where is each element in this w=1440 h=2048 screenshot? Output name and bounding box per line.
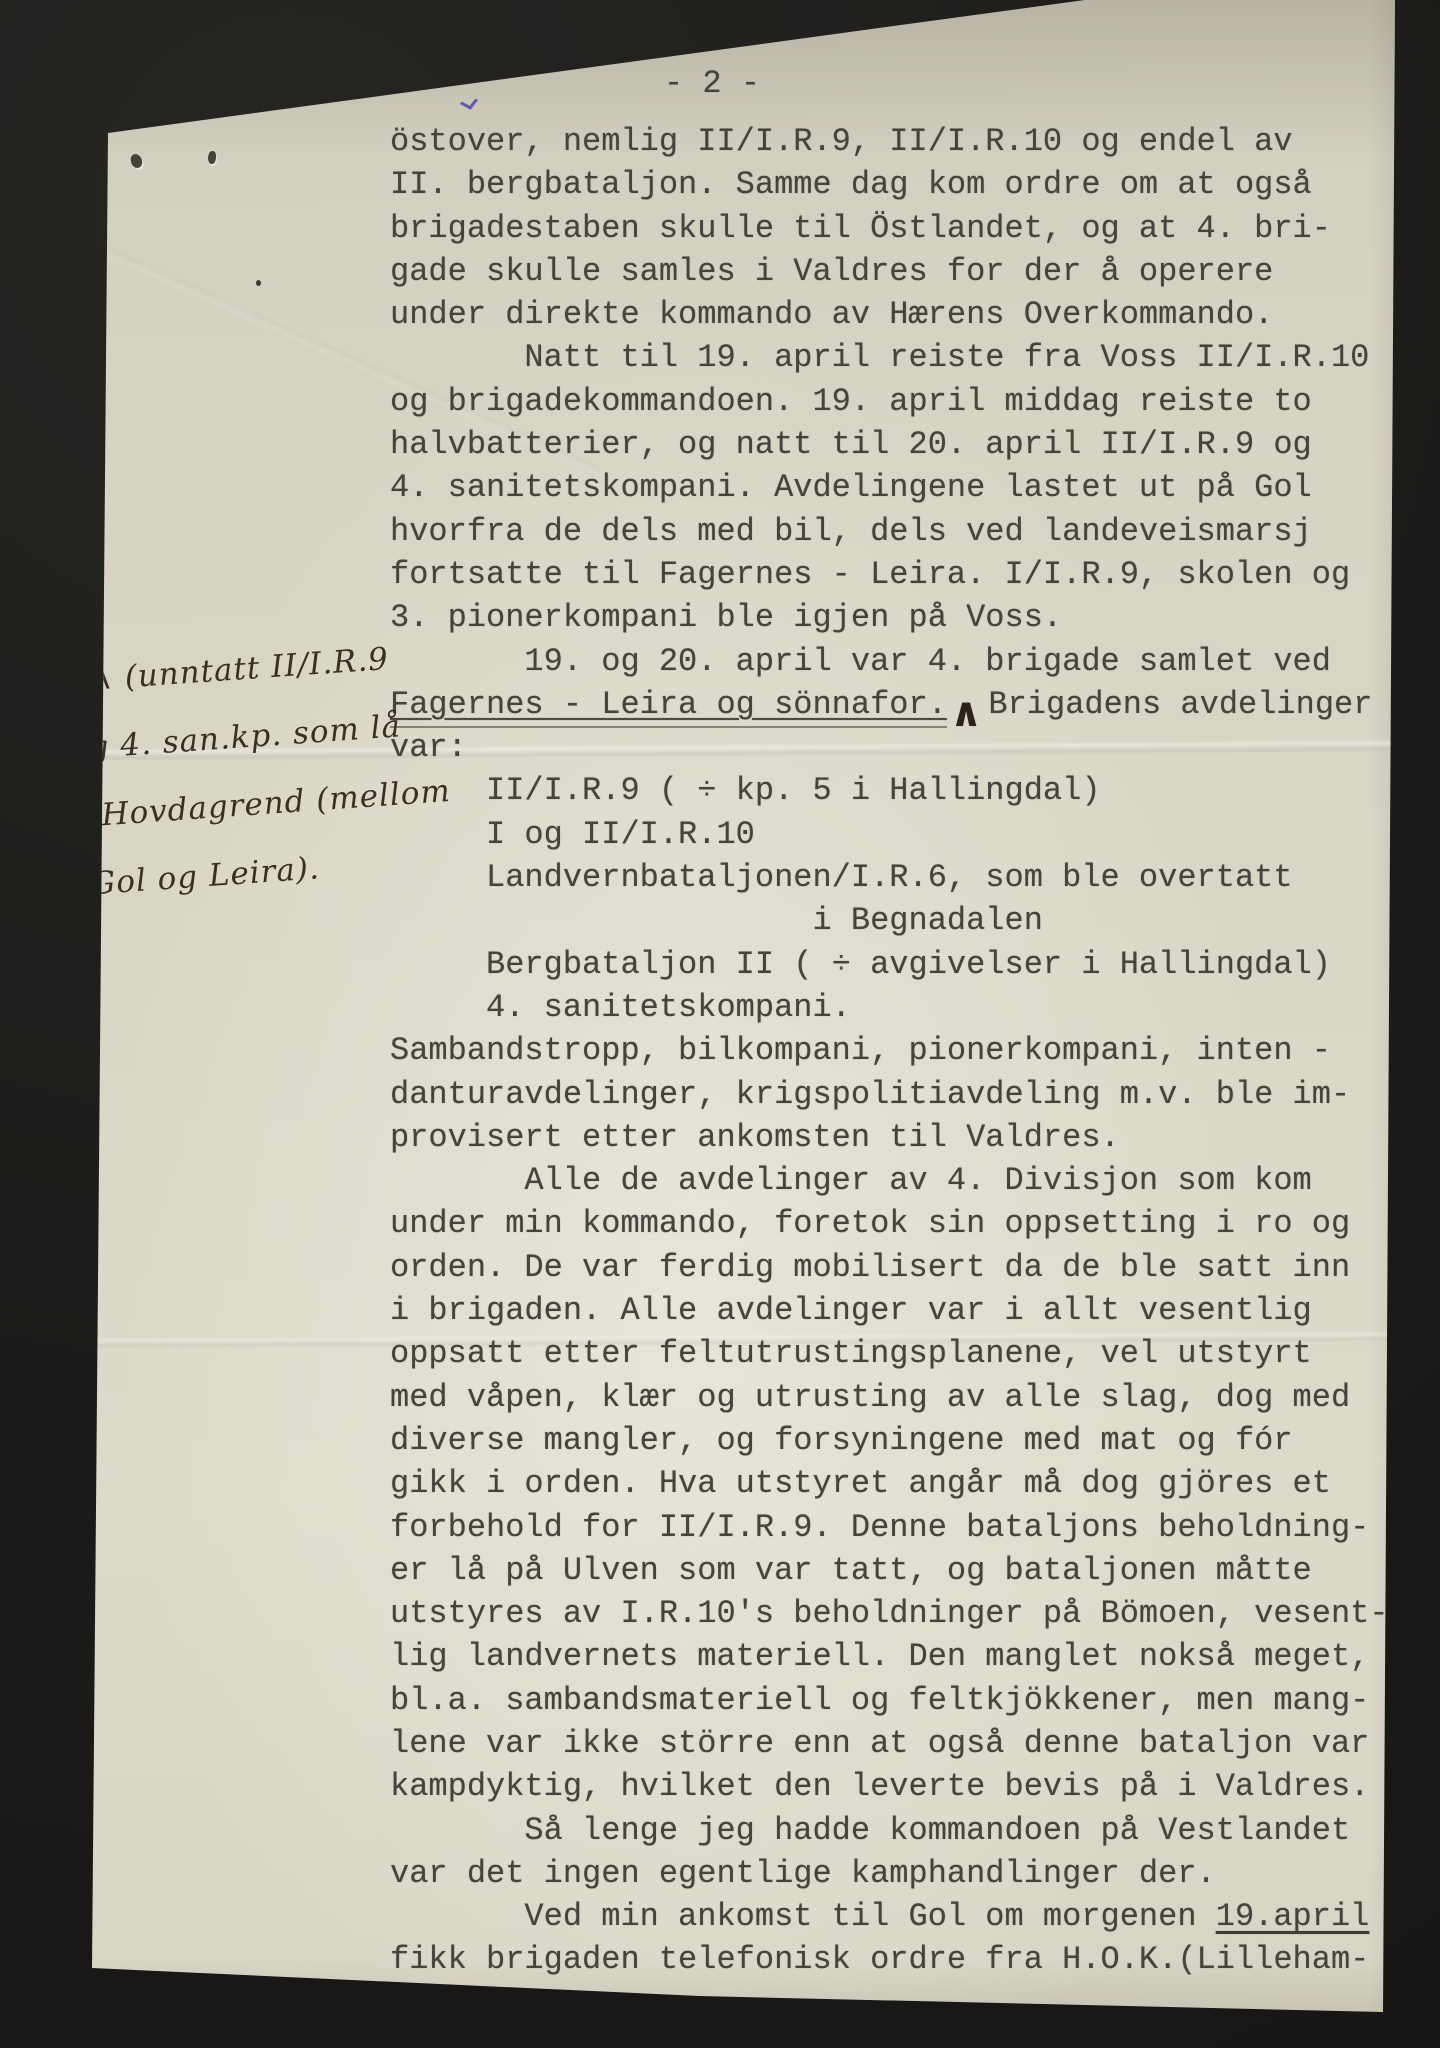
typed-line-plain: Ved min ankomst til Gol om morgenen [390, 1898, 1216, 1935]
blue-pen-mark [460, 94, 478, 109]
typed-line: diverse mangler, og forsyningene med mat… [390, 1419, 1400, 1462]
typed-line: 4. sanitetskompani. [390, 986, 1400, 1029]
staple-hole [130, 153, 144, 169]
typed-line: bl.a. sambandsmateriell og feltkjökkener… [390, 1679, 1400, 1722]
typed-line-rest: Brigadens avdelinger [988, 686, 1372, 723]
typed-line: 19. og 20. april var 4. brigade samlet v… [390, 640, 1400, 683]
typed-line: brigadestaben skulle til Östlandet, og a… [390, 207, 1400, 250]
typed-line: er lå på Ulven som var tatt, og bataljon… [390, 1549, 1400, 1592]
page-number: - 2 - [664, 64, 760, 104]
typed-line: Bergbataljon II ( ÷ avgivelser i Halling… [390, 943, 1400, 986]
typed-line: lig landvernets materiell. Den manglet n… [390, 1635, 1400, 1678]
typed-line: Så lenge jeg hadde kommandoen på Vestlan… [390, 1809, 1400, 1852]
underlined-passage: Fagernes - Leira og sönnafor. [390, 686, 947, 728]
underlined-date: 19.april [1216, 1898, 1370, 1935]
ink-dot [256, 280, 261, 286]
typed-line: Sambandstropp, bilkompani, pionerkompani… [390, 1029, 1400, 1072]
typed-line: fortsatte til Fagernes - Leira. I/I.R.9,… [390, 553, 1400, 596]
typed-line: med våpen, klær og utrusting av alle sla… [390, 1376, 1400, 1419]
typed-line: og brigadekommandoen. 19. april middag r… [390, 380, 1400, 423]
staple-hole [208, 151, 216, 164]
typed-line: hvorfra de dels med bil, dels ved landev… [390, 510, 1400, 553]
typed-line: Landvernbataljonen/I.R.6, som ble overta… [390, 856, 1400, 899]
typed-line: kampdyktig, hvilket den leverte bevis på… [390, 1765, 1400, 1808]
typed-line: gade skulle samles i Valdres for der å o… [390, 250, 1400, 293]
typed-line: under min kommando, foretok sin oppsetti… [390, 1202, 1400, 1245]
handwritten-margin-note: ∧ (unntatt II/I.R.9 og 4. san.kp. som lå… [58, 620, 476, 919]
typed-line: II. bergbataljon. Samme dag kom ordre om… [390, 163, 1400, 206]
typed-line: danturavdelinger, krigspolitiavdeling m.… [390, 1073, 1400, 1116]
typed-line: var: [390, 726, 1400, 769]
typed-line: forbehold for II/I.R.9. Denne bataljons … [390, 1506, 1400, 1549]
typed-text-block: östover, nemlig II/I.R.9, II/I.R.10 og e… [390, 120, 1400, 1982]
typed-line: 3. pionerkompani ble igjen på Voss. [390, 596, 1400, 639]
typed-line: under direkte kommando av Hærens Overkom… [390, 293, 1400, 336]
typed-line: i brigaden. Alle avdelinger var i allt v… [390, 1289, 1400, 1332]
typed-line-ankomst: Ved min ankomst til Gol om morgenen 19.a… [390, 1895, 1400, 1938]
typed-line: I og II/I.R.10 [390, 813, 1400, 856]
typed-line: fikk brigaden telefonisk ordre fra H.O.K… [390, 1938, 1400, 1981]
typed-line: oppsatt etter feltutrustingsplanene, vel… [390, 1332, 1400, 1375]
typed-line: orden. De var ferdig mobilisert da de bl… [390, 1246, 1400, 1289]
typed-line: i Begnadalen [390, 899, 1400, 942]
typed-line: utstyres av I.R.10's beholdninger på Böm… [390, 1592, 1400, 1635]
typed-line: halvbatterier, og natt til 20. april II/… [390, 423, 1400, 466]
typed-line: II/I.R.9 ( ÷ kp. 5 i Hallingdal) [390, 769, 1400, 812]
paper-sheet: - 2 - östover, nemlig II/I.R.9, II/I.R.1… [0, 0, 1440, 2048]
typed-line: lene var ikke större enn at også denne b… [390, 1722, 1400, 1765]
typed-line: östover, nemlig II/I.R.9, II/I.R.10 og e… [390, 120, 1400, 163]
typed-line: Natt til 19. april reiste fra Voss II/I.… [390, 336, 1400, 379]
typed-line: var det ingen egentlige kamphandlinger d… [390, 1852, 1400, 1895]
typed-line: provisert etter ankomsten til Valdres. [390, 1116, 1400, 1159]
typed-line: 4. sanitetskompani. Avdelingene lastet u… [390, 466, 1400, 509]
typed-line: Alle de avdelinger av 4. Divisjon som ko… [390, 1159, 1400, 1202]
typed-line: gikk i orden. Hva utstyret angår må dog … [390, 1462, 1400, 1505]
scan-background: - 2 - östover, nemlig II/I.R.9, II/I.R.1… [0, 0, 1440, 2048]
typed-line-fagernes: Fagernes - Leira og sönnafor.∧Brigadens … [390, 683, 1400, 726]
